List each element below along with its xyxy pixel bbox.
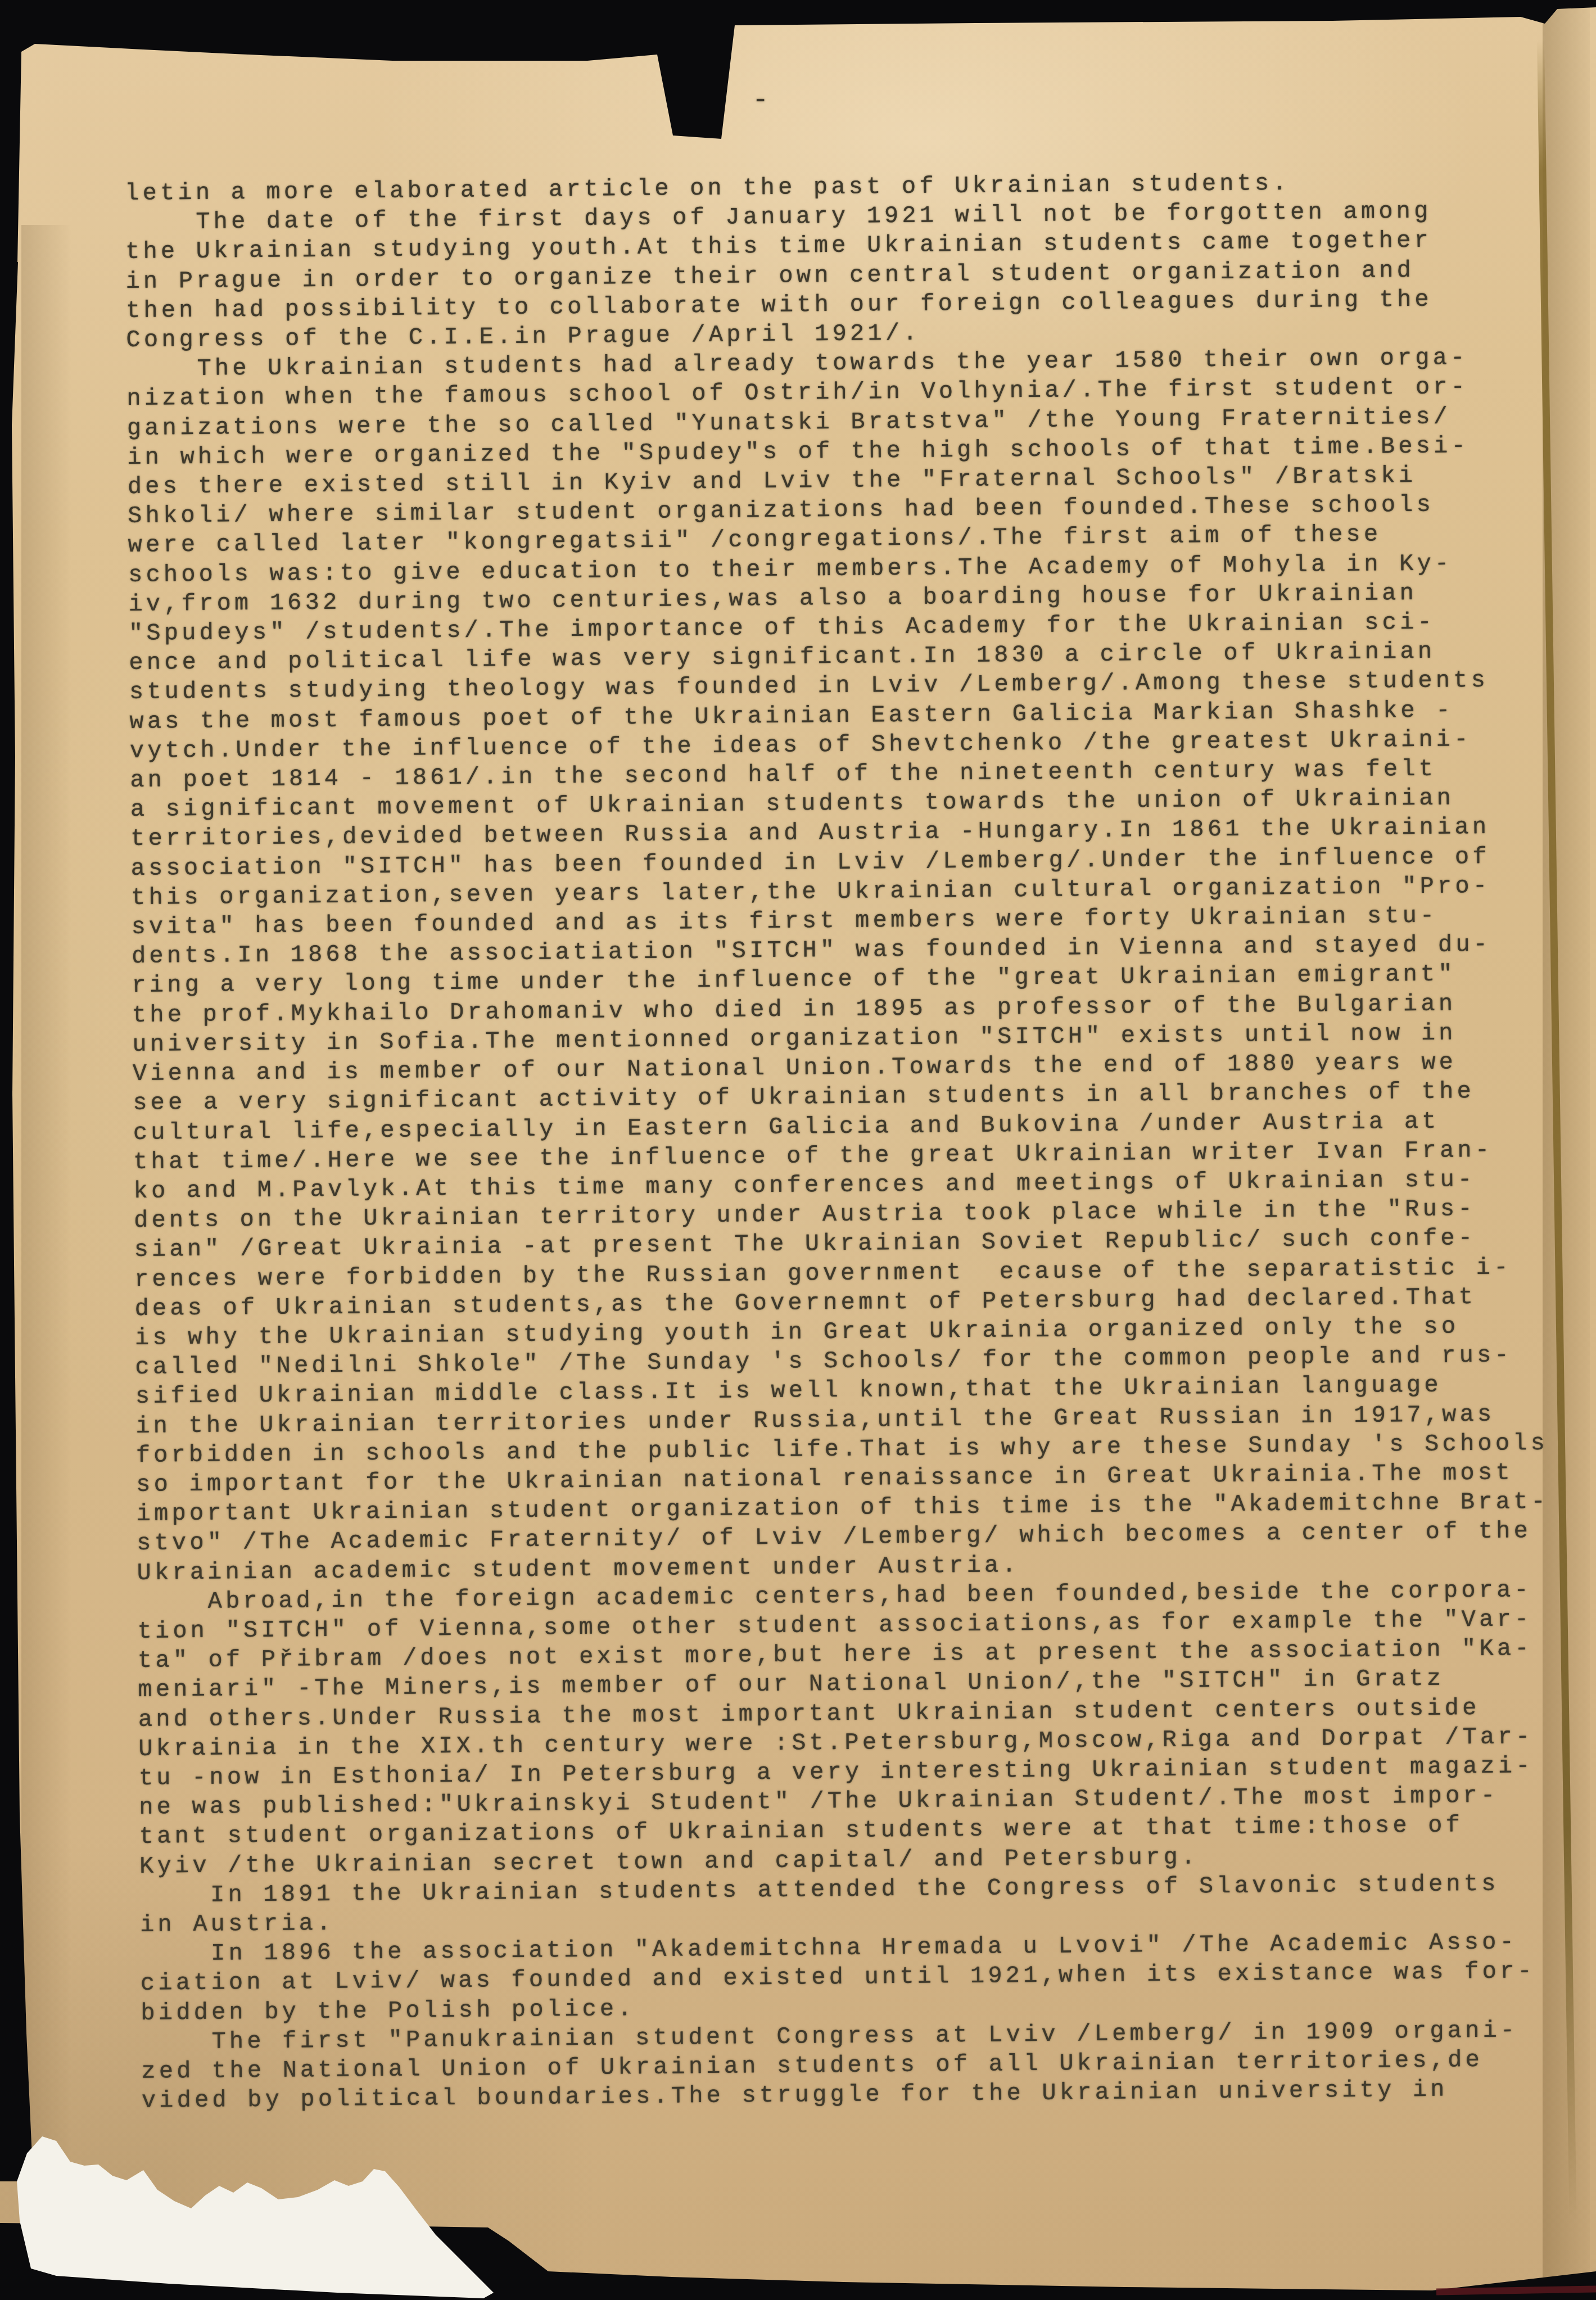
typewritten-body-text: letin a more elaborated article on the p… bbox=[125, 166, 1592, 2116]
left-edge-shading bbox=[21, 225, 72, 2226]
scanned-page: - 2 - letin a more elaborated article on… bbox=[0, 0, 1596, 2300]
